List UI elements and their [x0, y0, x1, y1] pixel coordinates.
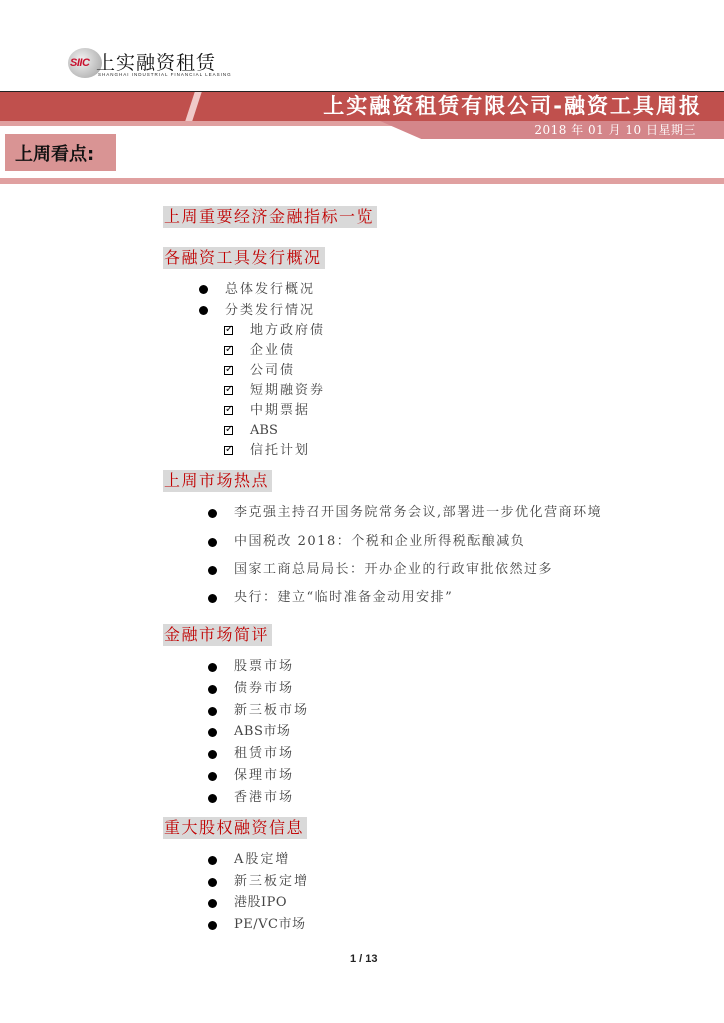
bullet-icon — [208, 566, 217, 575]
bullet-icon — [208, 707, 217, 716]
bullet-icon — [208, 594, 217, 603]
bullet-icon — [208, 663, 217, 672]
bullet-icon — [208, 899, 217, 908]
list-item: 港股IPO — [234, 894, 287, 912]
list-item: 企业债 — [250, 342, 295, 360]
bullet-icon — [208, 750, 217, 759]
list-item: 中期票据 — [250, 402, 310, 420]
bullet-icon — [199, 306, 208, 315]
bullet-icon — [208, 921, 217, 930]
list-item: 国家工商总局局长：开办企业的行政审批依然过多 — [234, 561, 553, 579]
bullet-icon — [208, 772, 217, 781]
checkbox-icon — [224, 326, 233, 335]
list-item: ABS — [250, 422, 278, 440]
list-item: 租赁市场 — [234, 745, 294, 763]
company-logo: SIIC 上实融资租赁 SHANGHAI INDUSTRIAL FINANCIA… — [68, 46, 228, 82]
checkbox-icon — [224, 386, 233, 395]
section-issuance-overview: 各融资工具发行概况 — [163, 247, 325, 269]
week-highlights-label: 上周看点: — [15, 140, 94, 166]
list-item: 分类发行情况 — [225, 302, 315, 320]
report-title: 上实融资租赁有限公司-融资工具周报 — [323, 93, 702, 120]
checkbox-icon — [224, 346, 233, 355]
checkbox-icon — [224, 446, 233, 455]
bullet-icon — [208, 509, 217, 518]
page-number: 1 / 13 — [350, 953, 378, 965]
list-item: 中国税改 2018：个税和企业所得税酝酿减负 — [234, 533, 525, 551]
bullet-icon — [208, 538, 217, 547]
bullet-icon — [208, 856, 217, 865]
checkbox-icon — [224, 366, 233, 375]
bullet-icon — [199, 285, 208, 294]
section-financial-market-review: 金融市场简评 — [163, 624, 272, 646]
list-item: ABS市场 — [234, 723, 290, 741]
list-item: 保理市场 — [234, 767, 294, 785]
logo-chinese-name: 上实融资租赁 — [96, 48, 216, 75]
list-item: A股定增 — [234, 851, 290, 869]
list-item: 李克强主持召开国务院常务会议,部署进一步优化营商环境 — [234, 504, 602, 522]
list-item: 短期融资券 — [250, 382, 325, 400]
list-item: 地方政府债 — [250, 322, 325, 340]
list-item: 新三板市场 — [234, 702, 309, 720]
week-highlights-label-box: 上周看点: — [5, 134, 116, 171]
section-equity-financing-info: 重大股权融资信息 — [163, 817, 307, 839]
list-item: 公司债 — [250, 362, 295, 380]
list-item: PE/VC市场 — [234, 916, 305, 934]
list-item: 信托计划 — [250, 442, 310, 460]
report-date: 2018 年 01 月 10 日星期三 — [534, 122, 696, 138]
logo-english-name: SHANGHAI INDUSTRIAL FINANCIAL LEASING — [98, 72, 232, 77]
list-item: 央行：建立“临时准备金动用安排” — [234, 589, 453, 607]
list-item: 香港市场 — [234, 789, 294, 807]
list-item: 股票市场 — [234, 658, 294, 676]
checkbox-icon — [224, 406, 233, 415]
logo-mark-text: SIIC — [70, 57, 89, 69]
list-item: 新三板定增 — [234, 873, 309, 891]
list-item: 总体发行概况 — [225, 281, 315, 299]
header-bottom-bar — [0, 178, 724, 184]
checkbox-icon — [224, 426, 233, 435]
section-economic-indicators: 上周重要经济金融指标一览 — [163, 206, 377, 228]
bullet-icon — [208, 878, 217, 887]
bullet-icon — [208, 794, 217, 803]
section-market-hotspots: 上周市场热点 — [163, 470, 272, 492]
list-item: 债券市场 — [234, 680, 294, 698]
bullet-icon — [208, 685, 217, 694]
bullet-icon — [208, 728, 217, 737]
